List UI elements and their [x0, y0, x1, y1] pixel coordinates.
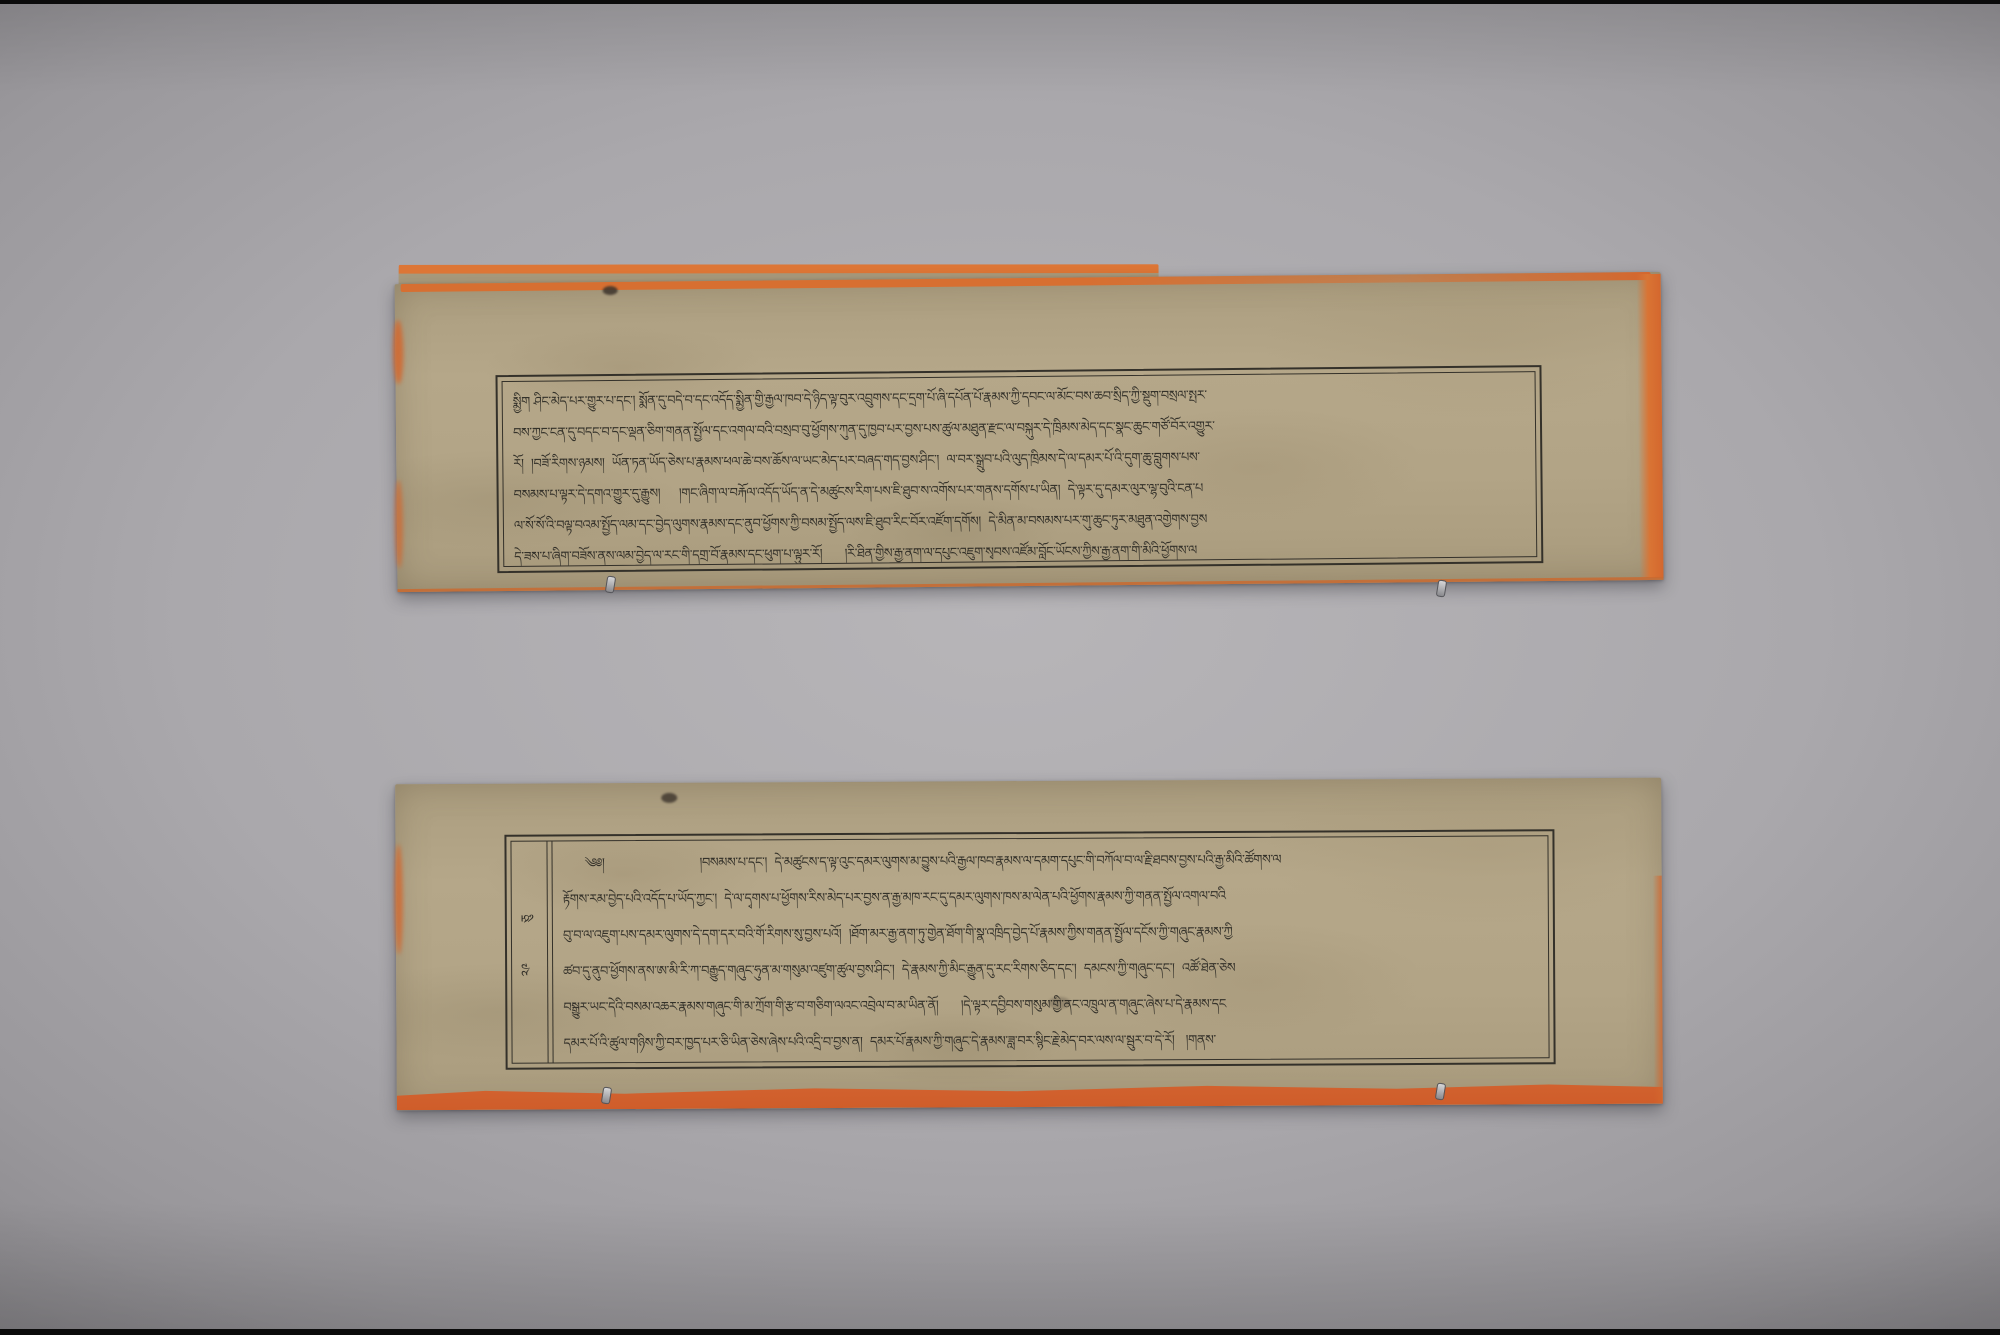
tibetan-text-line-5: བསྒྱུར་ཡང་དེའི་བསམ་འཆར་རྣམས་གཞུང་གི་མ་ཀྲ… [563, 985, 1540, 1026]
text-block: ༄༅།།བསམས་པ་དང་། དེ་མཚུངས་ད་ལྟ་འུང་དམར་ལུ… [552, 836, 1548, 1062]
yig-mgo-head-mark: ༄༅། [584, 846, 604, 882]
tibetan-text-line-1-text: །བསམས་པ་དང་། དེ་མཚུངས་ད་ལྟ་འུང་དམར་ལུགས་… [699, 843, 1281, 882]
tibetan-text-line-1: ༄༅།།བསམས་པ་དང་། དེ་མཚུངས་ད་ལྟ་འུང་དམར་ལུ… [562, 841, 1539, 882]
orange-smudge-left [394, 844, 403, 954]
photograph-background: སྨྱིག ཤིང་མེད་པར་གྱུར་པ་དང་། སྨོན་དུ་བདེ… [0, 0, 2000, 1335]
orange-edge-bottom-band [397, 1082, 1663, 1111]
tibetan-text-line-6: དམར་པོ་འི་ཚུལ་གཉིས་ཀྱི་བར་ཁྱད་པར་ཅི་ཡིན་… [563, 1021, 1540, 1062]
ink-speck [603, 286, 618, 295]
orange-edge-right [1653, 875, 1663, 1103]
mounting-pin-top-right [1436, 579, 1448, 597]
tibetan-text-line-2: རྟོགས་རམ་བྱེད་པའི་འདོད་པ་ཡོད་ཀྱང་། དེ་ལ་… [563, 877, 1540, 918]
orange-smudge-left-top [393, 320, 404, 384]
printed-text-frame: སྨྱིག ཤིང་མེད་པར་གྱུར་པ་དང་། སྨོན་དུ་བདེ… [495, 365, 1543, 573]
orange-smudge-left-bottom [394, 480, 403, 568]
top-folio: སྨྱིག ཤིང་མེད་པར་གྱུར་པ་དང་། སྨོན་དུ་བདེ… [394, 260, 1663, 592]
printed-text-frame: ཅུ ༢༩ ༄༅།།བསམས་པ་དང་། དེ་མཚུངས་ད་ལྟ་འུང་… [504, 829, 1555, 1069]
orange-edge-right [1637, 274, 1664, 578]
photo-vignette [0, 0, 2000, 1335]
printed-text-frame-inner: སྨྱིག ཤིང་མེད་པར་གྱུར་པ་དང་། སྨོན་དུ་བདེ… [502, 371, 1538, 567]
bottom-border-bar [0, 1329, 2000, 1335]
text-block: སྨྱིག ཤིང་མེད་པར་གྱུར་པ་དང་། སྨོན་དུ་བདེ… [503, 372, 1537, 566]
ink-speck [661, 793, 677, 803]
bottom-folio-paper: ཅུ ༢༩ ༄༅།།བསམས་པ་དང་། དེ་མཚུངས་ད་ལྟ་འུང་… [395, 778, 1663, 1111]
top-folio-paper: སྨྱིག ཤིང་མེད་པར་གྱུར་པ་དང་། སྨོན་དུ་བདེ… [395, 272, 1664, 592]
printed-text-frame-inner: ཅུ ༢༩ ༄༅།།བསམས་པ་དང་། དེ་མཚུངས་ད་ལྟ་འུང་… [510, 835, 1549, 1063]
tibetan-text-line-4: ཚབ་དུ་ནུབ་ཕྱོགས་ནས་ཨ་མི་རི་ཀ་བརྒྱུད་གཞུང… [563, 949, 1540, 990]
margin-column: ཅུ ༢༩ [511, 841, 553, 1062]
margin-volume-label: ཅུ [512, 915, 549, 923]
mounting-pin-top-left [605, 575, 617, 593]
margin-folio-number: ༢༩ [512, 963, 549, 977]
bottom-folio: ཅུ ༢༩ ༄༅།།བསམས་པ་དང་། དེ་མཚུངས་ད་ལྟ་འུང་… [395, 778, 1663, 1111]
top-border-bar [0, 0, 2000, 4]
orange-edge-bottom [398, 577, 1664, 592]
tibetan-text-line-3: བུ་བ་ལ་འཇུག་པས་དམར་ལུགས་དེ་དག་དར་བའི་གོ་… [563, 913, 1540, 954]
